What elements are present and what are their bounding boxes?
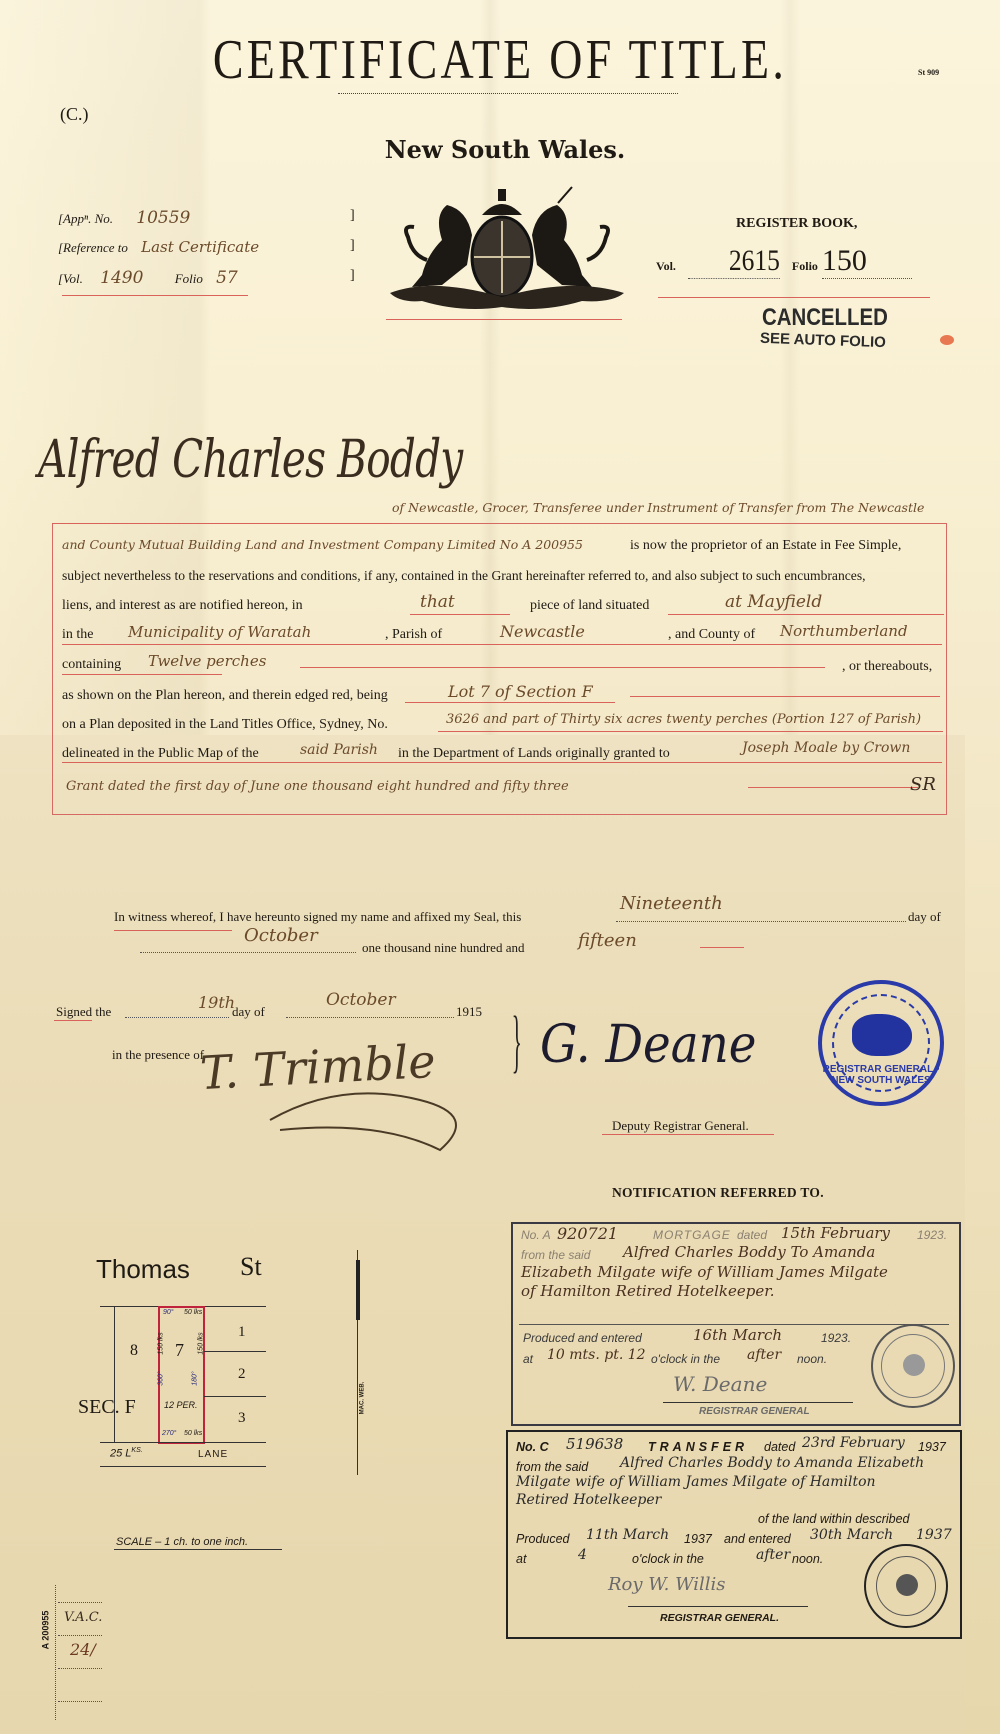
transfer-produced-date: 11th March [586, 1527, 669, 1543]
rule [410, 614, 510, 615]
transfer-noon-label: noon. [792, 1552, 823, 1566]
transfer-dated-label: dated [764, 1440, 795, 1454]
register-book-label: REGISTER BOOK, [736, 216, 857, 232]
mortgage-dated-label: dated [737, 1228, 767, 1242]
thereabouts-text: , or thereabouts, [842, 659, 932, 675]
registrar-signature: G. Deane [540, 1015, 756, 1075]
mortgage-registrar-signature: W. Deane [673, 1372, 767, 1396]
plan-line [100, 1466, 266, 1467]
transfer-notification: No. C 519638 TRANSFER dated 23rd Februar… [506, 1430, 962, 1639]
plan-number: 3626 and part of Thirty six acres twenty… [446, 712, 921, 727]
transfer-at-label: at [516, 1552, 526, 1566]
plan-left-length: 150 lks [158, 1332, 165, 1354]
transfer-registrar-label: REGISTRAR GENERAL. [660, 1612, 779, 1624]
bracket-3: ] [350, 268, 355, 284]
plan-right-length: 150 lks [198, 1332, 205, 1354]
cancelled-stamp: CANCELLED [762, 304, 888, 332]
plan-side-road: MAC. WEB. [359, 1382, 365, 1415]
witness-text: In witness whereof, I have hereunto sign… [114, 909, 521, 925]
dotted-rule [616, 921, 906, 922]
plan-bottom-bearing: 270° [162, 1430, 176, 1437]
mortgage-noon-label: noon. [797, 1352, 827, 1366]
rule [52, 523, 392, 524]
parish: Newcastle [500, 622, 585, 641]
reference-label: [Reference to [58, 240, 128, 255]
title-rule [338, 93, 678, 94]
app-no-value: 10559 [136, 208, 190, 228]
mortgage-time: 10 mts. pt. 12 [547, 1347, 646, 1363]
ink-spot [940, 335, 954, 345]
said-parish: said Parish [300, 742, 378, 758]
dotted-rule [58, 1668, 102, 1669]
day-of-text: day of [908, 909, 941, 925]
proprietor-description-2: and County Mutual Building Land and Inve… [62, 537, 583, 552]
area-text: Twelve perches [148, 652, 266, 670]
mortgage-registrar-label: REGISTRAR GENERAL [699, 1406, 810, 1417]
lane-width-value: 25 L [110, 1448, 131, 1460]
county-label: , and County of [668, 627, 755, 643]
rule [62, 295, 248, 296]
plan-line [204, 1396, 266, 1397]
transfer-date: 23rd February [802, 1435, 905, 1451]
mortgage-seal [871, 1324, 955, 1408]
mortgage-oclock-label: o'clock in the [651, 1352, 720, 1366]
grant-date: Grant dated the first day of June one th… [66, 779, 569, 794]
plan-top-length: 50 lks [184, 1309, 202, 1316]
rule [700, 947, 744, 948]
signed-label: Signed the [56, 1004, 111, 1020]
parish-label: , Parish of [385, 627, 442, 643]
plan-lot-7: 7 [175, 1340, 184, 1361]
register-folio-label: Folio [792, 259, 818, 273]
transfer-no-label: No. C [516, 1440, 549, 1454]
mortgage-number: 920721 [557, 1224, 618, 1243]
divider [519, 1324, 949, 1325]
plan-section-label: SEC. F [78, 1396, 136, 1419]
proprietor-description-1: of Newcastle, Grocer, Transferee under I… [392, 500, 924, 515]
plan-lot-3: 3 [238, 1410, 246, 1427]
deposited-plan-text: on a Plan deposited in the Land Titles O… [62, 717, 388, 733]
dotted-rule [58, 1602, 102, 1603]
transfer-oclock-label: o'clock in the [632, 1552, 704, 1566]
mortgage-noon-part: after [747, 1347, 781, 1363]
plan-lot-1: 1 [238, 1324, 246, 1341]
rule [386, 319, 622, 320]
vol-folio-row: [Vol. 1490 Folio 57 [58, 268, 238, 288]
situated-text: piece of land situated [530, 598, 649, 614]
locality: at Mayfield [725, 592, 822, 612]
mortgage-from-label: from the said [521, 1248, 590, 1262]
rule [62, 644, 942, 645]
mortgage-type: MORTGAGE [653, 1228, 731, 1242]
footer-ref-number: A 200955 [40, 1611, 50, 1650]
in-the-text: in the [62, 627, 94, 643]
folio-value: 57 [216, 268, 238, 288]
transfer-entered-date: 30th March [810, 1527, 893, 1543]
transfer-seal [864, 1544, 948, 1628]
liens-text: liens, and interest as are notified here… [62, 598, 303, 614]
lane-width-unit: KS. [131, 1447, 142, 1454]
divider [663, 1402, 853, 1403]
dotted-rule [55, 1585, 56, 1720]
transfer-parties-3: Retired Hotelkeeper [516, 1492, 661, 1508]
transfer-number: 519638 [566, 1435, 623, 1453]
transfer-produced-label: Produced [516, 1532, 570, 1546]
transfer-registrar-signature: Roy W. Willis [608, 1574, 726, 1595]
class-mark: (C.) [60, 104, 89, 125]
vol-value: 1490 [100, 268, 143, 288]
plan-line [100, 1442, 266, 1443]
plan-area: 12 PER. [164, 1400, 198, 1410]
witness-year: fifteen [578, 930, 637, 951]
vol-label: [Vol. [58, 271, 83, 286]
mortgage-parties-1: Alfred Charles Boddy To Amanda [623, 1243, 875, 1261]
transfer-noon-part: after [756, 1547, 790, 1563]
document-title: CERTIFICATE OF TITLE. [90, 28, 910, 92]
mortgage-year: 1923. [917, 1228, 947, 1242]
signed-year: 1915 [456, 1004, 482, 1020]
plan-line [204, 1351, 266, 1352]
app-no-row: [Appⁿ. No. 10559 [58, 208, 190, 228]
proprietor-name: Alfred Charles Boddy [38, 430, 462, 490]
register-vol-folio: Vol. 2615 Folio 150 [656, 244, 946, 279]
plan-lot-2: 2 [238, 1366, 246, 1383]
plan-line [114, 1306, 115, 1442]
signature-flourish [260, 1080, 500, 1160]
rule [748, 787, 918, 788]
transfer-land-label: of the land within described [758, 1512, 909, 1526]
mortgage-parties-2: Elizabeth Milgate wife of William James … [521, 1263, 888, 1281]
bracket-1: ] [350, 208, 355, 224]
year-text: one thousand nine hundred and [362, 940, 524, 956]
footer-mark: 24/ [70, 1640, 96, 1659]
municipality: Municipality of Waratah [128, 623, 311, 641]
registrar-title: Deputy Registrar General. [612, 1118, 749, 1134]
signed-month: October [326, 990, 396, 1010]
brace: } [512, 1002, 522, 1082]
rule [602, 1134, 774, 1135]
transfer-from-label: from the said [516, 1460, 588, 1474]
dotted-rule [58, 1635, 102, 1636]
transfer-entered-label: and entered [724, 1532, 791, 1546]
registrar-general-seal: REGISTRAR GENERAL • NEW SOUTH WALES [818, 980, 944, 1106]
plan-bottom-length: 50 lks [184, 1430, 202, 1437]
rule [658, 297, 930, 298]
mortgage-date: 15th February [781, 1224, 890, 1242]
mortgage-produced-year: 1923. [821, 1331, 851, 1345]
plan-scale: SCALE – 1 ch. to one inch. [116, 1536, 248, 1548]
dotted-rule [125, 1017, 229, 1018]
form-code: St 909 [918, 68, 939, 77]
rule [62, 762, 942, 763]
register-folio-value: 150 [822, 244, 912, 279]
dotted-rule [58, 1701, 102, 1702]
plan-lane-width: 25 LKS. [110, 1447, 143, 1460]
mortgage-no-label: No. A [521, 1228, 551, 1242]
register-vol-value: 2615 [688, 244, 780, 279]
transfer-time: 4 [578, 1547, 587, 1563]
containing-label: containing [62, 657, 121, 673]
rule [405, 702, 615, 703]
footer-initials: V.A.C. [64, 1610, 102, 1625]
mortgage-at-label: at [523, 1352, 533, 1366]
bracket-2: ] [350, 238, 355, 254]
plan-top-bearing: 90° [163, 1309, 174, 1316]
reservations-text: subject nevertheless to the reservations… [62, 568, 866, 584]
witness-day: Nineteenth [620, 893, 723, 914]
piece-qualifier: that [420, 592, 455, 612]
department-text: in the Department of Lands originally gr… [398, 746, 670, 762]
mortgage-produced-label: Produced and entered [523, 1331, 642, 1345]
transfer-type: TRANSFER [648, 1440, 748, 1454]
reference-value: Last Certificate [141, 238, 259, 256]
signed-day: 19th [198, 993, 235, 1012]
transfer-year: 1937 [918, 1440, 946, 1454]
transfer-produced-year: 1937 [684, 1532, 712, 1546]
reference-row: [Reference to Last Certificate [58, 238, 259, 256]
state-name: New South Wales. [380, 135, 630, 164]
mortgage-produced-date: 16th March [693, 1326, 782, 1344]
witness-month: October [244, 925, 318, 946]
original-grantee: Joseph Moale by Crown [742, 740, 910, 756]
divider [628, 1606, 808, 1607]
rule [668, 614, 944, 615]
dotted-rule [286, 1017, 454, 1018]
plan-text: as shown on the Plan hereon, and therein… [62, 688, 388, 704]
plan-right-bearing: 180° [192, 1371, 199, 1385]
folio-label: Folio [175, 271, 203, 286]
lot-section: Lot 7 of Section F [448, 682, 593, 701]
public-map-text: delineated in the Public Map of the [62, 746, 259, 762]
transfer-parties-2: Milgate wife of William James Milgate of… [516, 1474, 876, 1490]
plan-lane-label: LANE [198, 1449, 228, 1460]
transfer-parties-1: Alfred Charles Boddy to Amanda Elizabeth [620, 1455, 924, 1471]
mortgage-parties-3: of Hamilton Retired Hotelkeeper. [521, 1282, 775, 1300]
royal-coat-of-arms [372, 185, 642, 315]
rule [54, 1020, 92, 1021]
register-vol-label: Vol. [656, 259, 676, 273]
rule [438, 731, 943, 732]
county: Northumberland [780, 622, 908, 640]
rule [300, 667, 825, 668]
plan-scale-underline [114, 1549, 282, 1550]
rule [62, 674, 222, 675]
plan-north-arrow [356, 1260, 360, 1320]
plan-left-bearing: 360° [158, 1371, 165, 1385]
transfer-entered-year: 1937 [916, 1527, 952, 1543]
rule [630, 696, 940, 697]
plan-street-suffix: St [240, 1252, 262, 1282]
seal-text: REGISTRAR GENERAL • NEW SOUTH WALES [822, 1064, 940, 1086]
mortgage-notification: No. A 920721 MORTGAGE dated 15th Februar… [511, 1222, 961, 1426]
notification-heading: NOTIFICATION REFERRED TO. [612, 1185, 824, 1201]
rule [114, 930, 232, 931]
presence-label: in the presence of [112, 1047, 204, 1063]
signed-day-of: day of [232, 1004, 265, 1020]
examiner-initials: SR [910, 774, 936, 795]
plan-street-name: Thomas [96, 1254, 190, 1285]
estate-text: is now the proprietor of an Estate in Fe… [630, 538, 901, 554]
app-label: [Appⁿ. No. [58, 211, 113, 226]
plan-lot-8: 8 [130, 1342, 138, 1360]
dotted-rule [140, 952, 356, 953]
